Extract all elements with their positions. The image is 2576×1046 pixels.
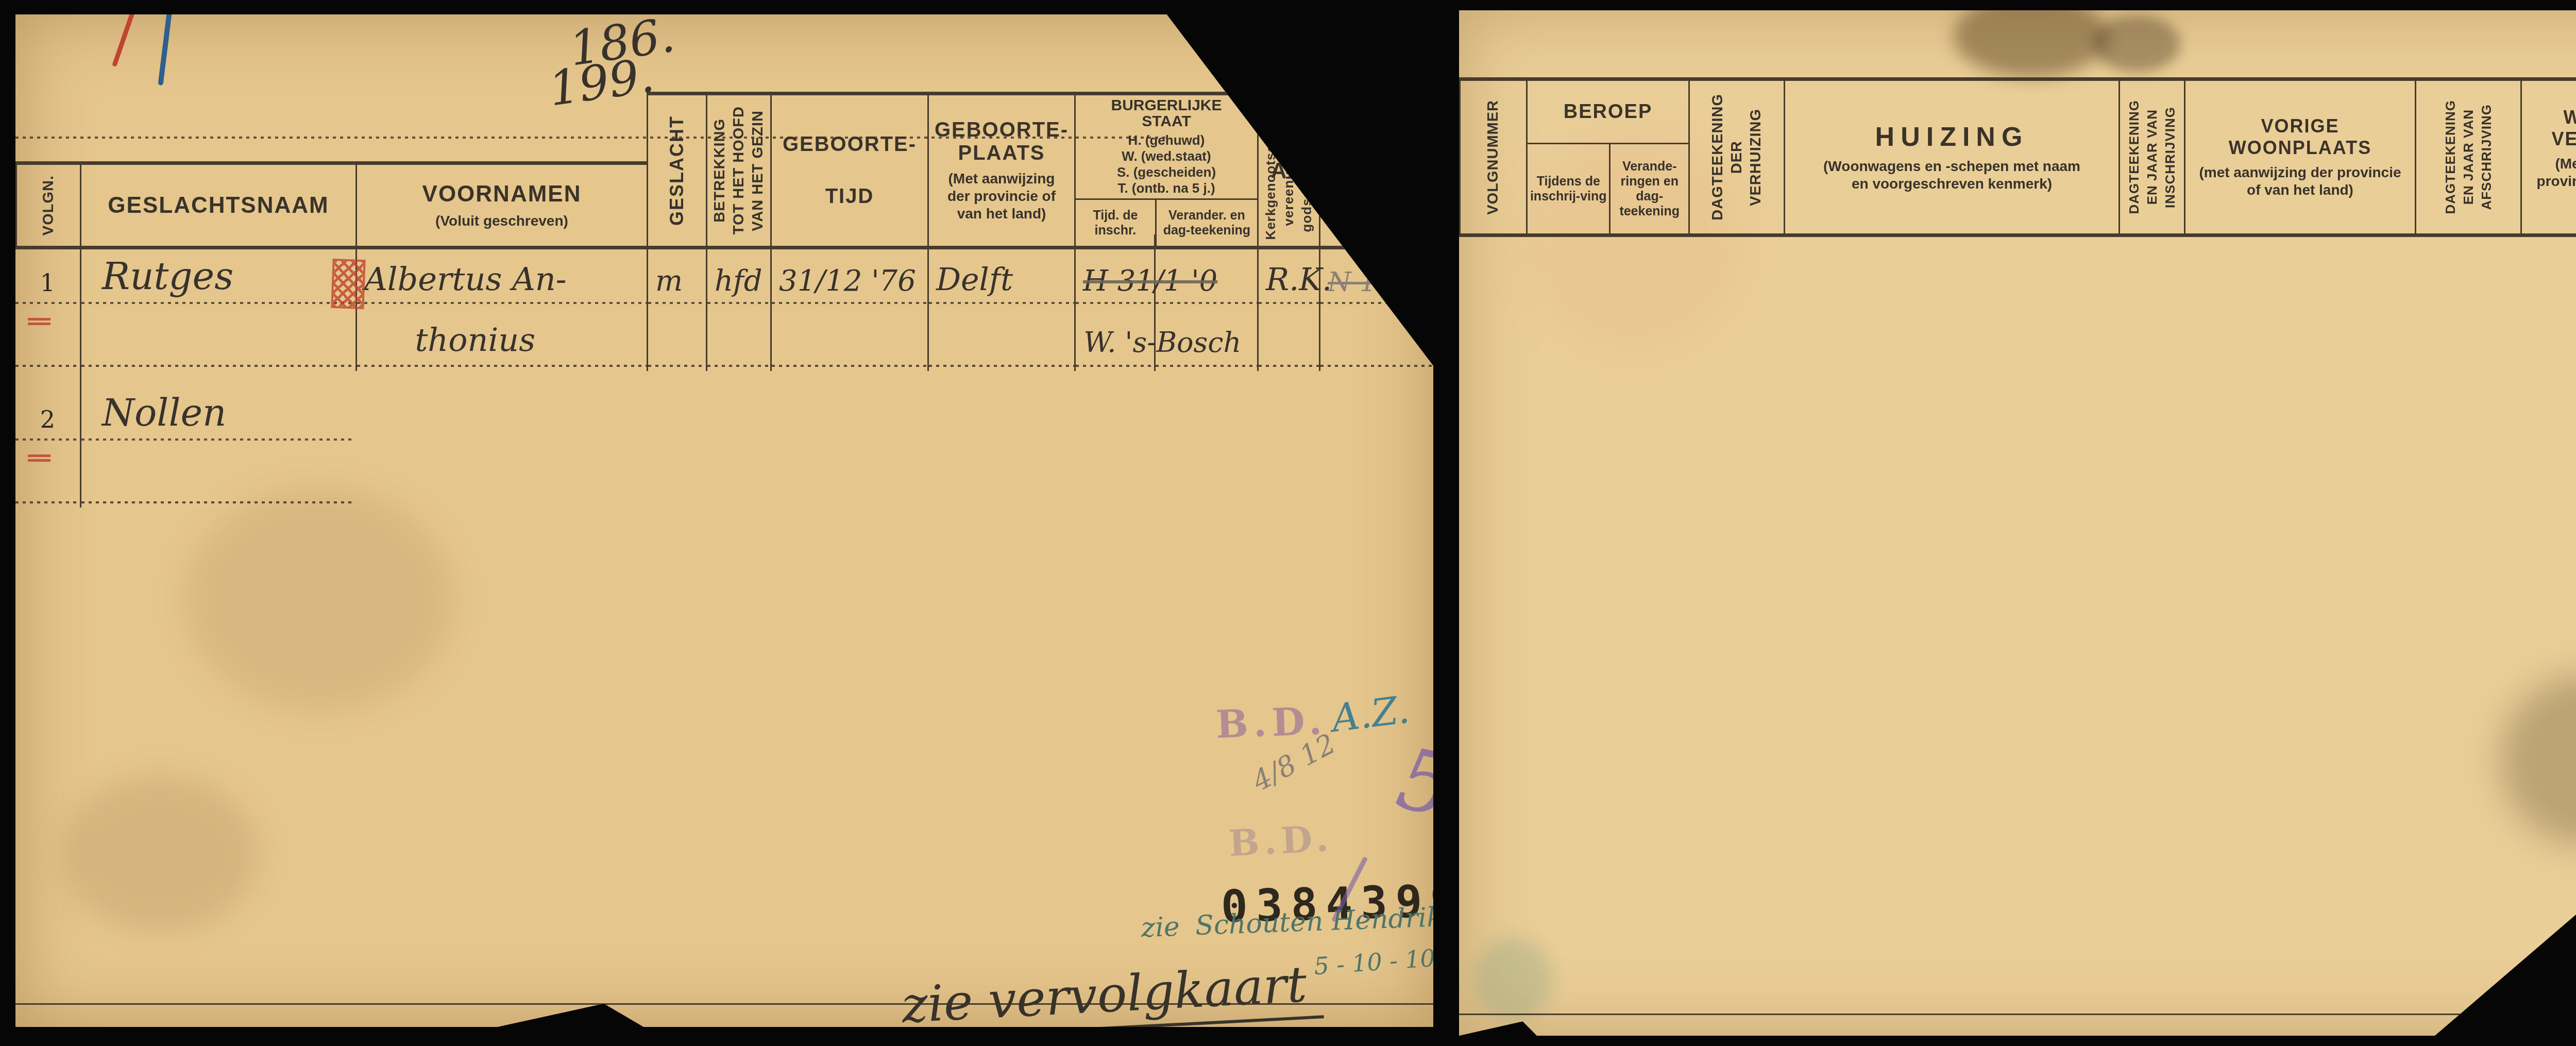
- col-label-verhuizing-l3: VERHUIZING: [1748, 109, 1765, 206]
- col-header-aanmerkingen: AANMERKINGEN: [1319, 92, 1433, 249]
- left-row1-burgstaat-inschr: H 31/1 '0W. 's-Bosch: [1074, 234, 1154, 371]
- left-row1-betrekking-value: hfd: [715, 264, 762, 298]
- col-sublabel-geboorteplaats: (Met aanwijzing der provincie of van het…: [929, 170, 1074, 223]
- left-row1-aanmerking-value: N 19/2 53: [1328, 267, 1433, 298]
- col-header-huizing: HUIZING (Woonwagens en -schepen met naam…: [1784, 77, 2119, 237]
- col-label-vorige-l2: WOONPLAATS: [2229, 137, 2371, 159]
- left-row1-geslachtsnaam: Rutges: [80, 234, 355, 371]
- col-header-volgnummer: VOLGNUMMER: [1459, 77, 1526, 237]
- col-label-inschrijving-l1: DAGTEEKENING: [2126, 100, 2142, 214]
- col-sublabel-beroep-verander: Verande-ringen en dag-teekening: [1609, 144, 1688, 233]
- col-label-volgnummer: VOLGNUMMER: [1485, 100, 1502, 215]
- col-sublabel-waarheen: (Met aanwijzing der provincie of van het…: [2522, 155, 2576, 208]
- left-row2-surname: Nollen: [102, 391, 226, 434]
- burgstaat-legend-h: H. (gehuwd): [1128, 132, 1205, 148]
- col-header-geslacht: GESLACHT: [647, 92, 706, 249]
- col-label-kerk-l3: godsdienstig doel: [1299, 109, 1315, 232]
- col-label-vorige-l1: VORIGE: [2261, 115, 2339, 137]
- col-label-afschrijving-l1: DAGTEEKENING: [2443, 100, 2459, 214]
- col-label-geslacht: GESLACHT: [666, 115, 688, 226]
- left-row1-surname: Rutges: [102, 255, 233, 298]
- left-row1-number: 1: [15, 269, 80, 297]
- col-label-waarheen-l2: VERTROKKEN: [2551, 128, 2576, 150]
- left-row2-geslachtsnaam: Nollen: [80, 371, 355, 508]
- col-label-betrekking-l3: VAN HET GEZIN: [750, 110, 767, 231]
- left-row1-firstnames-line1: Albertus An-: [364, 260, 567, 298]
- col-label-huizing: HUIZING: [1875, 122, 2029, 153]
- col-header-dagteekening-afschrijving: DAGTEEKENING EN JAAR VAN AFSCHRIJVING: [2415, 77, 2520, 237]
- col-label-geboorteplaats-l2: PLAATS: [958, 142, 1045, 165]
- left-row1-kerk-value: R.K.: [1266, 262, 1332, 298]
- left-row1-geboorteplaats-value: Delft: [936, 262, 1013, 298]
- col-header-beroep: BEROEP Tijdens de inschrij-ving Verande-…: [1526, 77, 1688, 237]
- col-sublabel-vorige: (met aanwijzing der provincie of van het…: [2185, 164, 2415, 199]
- burgstaat-legend-s: S. (gescheiden): [1117, 164, 1216, 180]
- col-label-voornamen: VOORNAMEN: [422, 181, 582, 207]
- left-row1-aanmerkingen: N 19/2 53: [1319, 234, 1433, 371]
- blue-pen-stroke: [158, 14, 173, 86]
- paper-stain: [2093, 15, 2180, 72]
- col-header-waarheen-vertrokken: WAARHEEN VERTROKKEN (Met aanwijzing der …: [2520, 77, 2576, 237]
- left-row2-red-mark: [28, 454, 50, 457]
- col-sublabel-huizing: (Woonwagens en -schepen met naam en voor…: [1808, 158, 2096, 193]
- left-row2-volgn: 2: [15, 371, 80, 508]
- green-note-zie: zie: [1141, 912, 1180, 944]
- col-header-kerkgenootschap: Kerkgenootschap of vereeniging met godsd…: [1257, 92, 1319, 249]
- col-label-verhuizing-l1: DAGTEEKENING: [1709, 94, 1726, 221]
- left-row1-burgstaat-line2: W. 's-Bosch: [1083, 326, 1241, 359]
- burgstaat-legend-w: W. (wed.staat): [1122, 148, 1211, 164]
- col-label-verhuizing-l2: DER: [1728, 141, 1745, 174]
- col-header-geboorteplaats: GEBOORTE- PLAATS (Met aanwijzing der pro…: [927, 92, 1074, 249]
- col-label-geboortetijd-l2: TIJD: [825, 185, 874, 208]
- col-label-geslachtsnaam: GESLACHTSNAAM: [108, 193, 329, 218]
- left-row1-kerkgenootschap: R.K.: [1257, 234, 1319, 371]
- col-sublabel-voornamen: (Voluit geschreven): [428, 212, 575, 230]
- col-header-dagteekening-inschrijving: DAGTEEKENING EN JAAR VAN INSCHRIJVING: [2119, 77, 2184, 237]
- col-label-beroep: BEROEP: [1564, 101, 1652, 123]
- col-label-waarheen-l1: WAARHEEN: [2563, 107, 2576, 128]
- left-row1-geboorteplaats: Delft: [927, 234, 1074, 371]
- col-label-inschrijving-l3: INSCHRIJVING: [2162, 107, 2178, 208]
- az-annotation: A.Z.: [1329, 687, 1412, 741]
- col-label-volgn: VOLGN.: [40, 175, 57, 235]
- right-card-header: VOLGNUMMER BEROEP Tijdens de inschrij-vi…: [1459, 77, 2576, 237]
- col-label-betrekking-l1: BETREKKING: [711, 119, 728, 223]
- left-row1-burgstaat-value: H 31/1 '0: [1083, 264, 1217, 298]
- left-row1-firstnames-line2: thonius: [415, 321, 535, 359]
- paper-stain: [1954, 10, 2108, 77]
- col-label-betrekking-l2: TOT HET HOOFD: [731, 106, 748, 234]
- col-label-afschrijving-l2: EN JAAR VAN: [2461, 109, 2477, 205]
- left-row1-geslacht: m: [647, 234, 706, 371]
- col-label-afschrijving-l3: AFSCHRIJVING: [2479, 104, 2495, 210]
- register-card-left: 186. 199. VOLGN. GESLACHTSNAAM VOORNAMEN…: [15, 14, 1433, 1027]
- col-label-burgstaat-l1: BURGERLIJKE: [1111, 97, 1222, 113]
- col-header-geboortetijd: GEBOORTE- TIJD: [770, 92, 927, 249]
- left-row2-number: 2: [15, 406, 80, 433]
- left-row1-geboortetijd: 31/12 '76: [770, 234, 927, 371]
- col-header-burgerlijke-staat: BURGERLIJKE STAAT H. (gehuwd) W. (wed.st…: [1074, 92, 1257, 249]
- right-card-rows: [1459, 237, 2576, 1015]
- col-sublabel-beroep-tijdens: Tijdens de inschrij-ving: [1528, 144, 1609, 233]
- register-card-right: VOLGNUMMER BEROEP Tijdens de inschrij-vi…: [1459, 10, 2576, 1036]
- left-row1-geslacht-value: m: [655, 264, 683, 298]
- left-row1-voornamen: Albertus An-thonius: [355, 234, 647, 371]
- col-label-burgstaat-l2: STAAT: [1142, 113, 1191, 129]
- left-row1-red-mark: [28, 318, 50, 320]
- col-label-inschrijving-l2: EN JAAR VAN: [2144, 109, 2160, 205]
- left-row1-betrekking: hfd: [706, 234, 770, 371]
- bd-stamp-2: B.D.: [1228, 817, 1334, 865]
- burgstaat-legend-t: T. (ontb. na 5 j.): [1117, 180, 1215, 196]
- col-header-betrekking: BETREKKING TOT HET HOOFD VAN HET GEZIN: [706, 92, 770, 249]
- scanned-register-sheet: { "colors":{"card_left":"#e5c68d","card_…: [0, 0, 2576, 1046]
- left-row1-volgn: 1: [15, 234, 80, 371]
- col-header-dagteekening-verhuizing: DAGTEEKENING DER VERHUIZING: [1688, 77, 1784, 237]
- col-header-vorige-woonplaats: VORIGE WOONPLAATS (met aanwijzing der pr…: [2184, 77, 2415, 237]
- red-pen-stroke: [112, 14, 136, 67]
- left-card-header: VOLGN. GESLACHTSNAAM VOORNAMEN (Voluit g…: [15, 92, 1433, 234]
- left-row1-geboortetijd-value: 31/12 '76: [779, 264, 916, 298]
- col-label-aanmerkingen: AANMERKINGEN: [1271, 158, 1433, 183]
- left-row1-red-check-stamp: [331, 259, 365, 309]
- blank-dotted-line: [15, 137, 1170, 139]
